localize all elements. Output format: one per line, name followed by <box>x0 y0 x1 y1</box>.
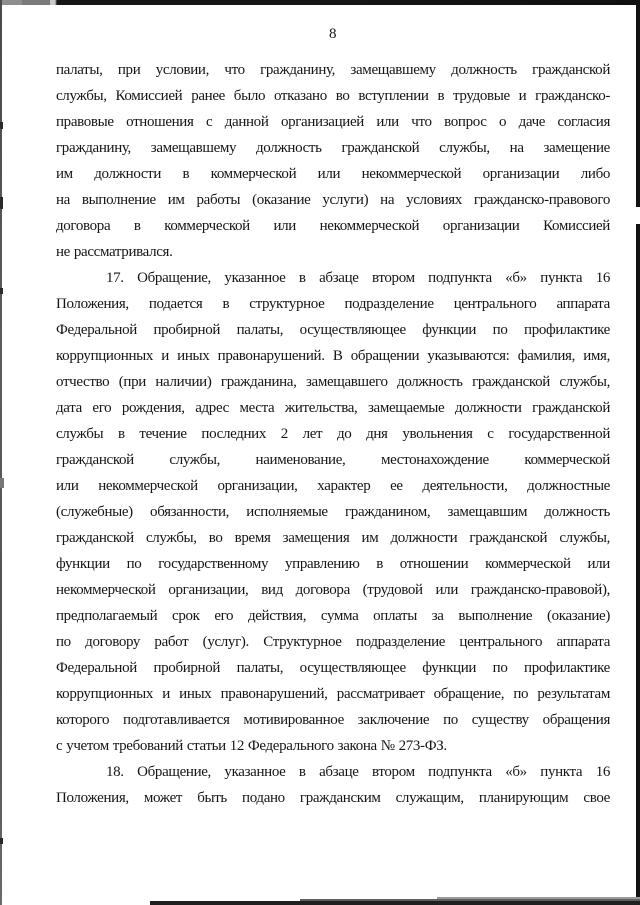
text-line: Федеральной пробирной палаты, осуществля… <box>56 655 610 681</box>
text-line: им должности в коммерческой или некоммер… <box>56 161 610 187</box>
text-line: (служебные) обязанности, исполняемые гра… <box>56 499 610 525</box>
document-text: палаты, при условии, что гражданину, зам… <box>56 57 610 811</box>
text-line: гражданской службы, наименование, местон… <box>56 447 610 473</box>
text-line: гражданской службы, во время замещения и… <box>56 525 610 551</box>
text-line: Федеральной пробирной палаты, осуществля… <box>56 317 610 343</box>
text-line: Положения, может быть подано гражданским… <box>56 785 610 811</box>
scan-edge-left <box>0 0 2 905</box>
text-line: предполагаемый срок его действия, сумма … <box>56 603 610 629</box>
text-line: коррупционных и иных правонарушений, рас… <box>56 681 610 707</box>
text-line: некоммерческой организации, вид договора… <box>56 577 610 603</box>
text-line: по договору работ (услуг). Структурное п… <box>56 629 610 655</box>
scan-edge-bottom <box>150 901 640 905</box>
scan-speck <box>0 197 3 209</box>
text-line: палаты, при условии, что гражданину, зам… <box>56 57 610 83</box>
scanned-document-page: 8 палаты, при условии, что гражданину, з… <box>0 0 640 905</box>
text-line: правовые отношения с данной организацией… <box>56 109 610 135</box>
text-line: или некоммерческой организации, характер… <box>56 473 610 499</box>
text-line: дата его рождения, адрес места жительств… <box>56 395 610 421</box>
text-line: с учетом требований статьи 12 Федерально… <box>56 733 610 759</box>
text-line: не рассматривался. <box>56 239 610 265</box>
scan-speck <box>0 838 3 844</box>
scan-edge-right <box>636 0 640 897</box>
scan-speck <box>0 478 4 488</box>
text-line: отчество (при наличии) гражданина, замещ… <box>56 369 610 395</box>
text-line: на выполнение им работы (оказание услуги… <box>56 187 610 213</box>
text-line: коррупционных и иных правонарушений. В о… <box>56 343 610 369</box>
text-line: гражданину, замещавшему должность гражда… <box>56 135 610 161</box>
scan-speck <box>0 288 3 294</box>
text-line: 18. Обращение, указанное в абзаце втором… <box>56 759 610 785</box>
text-line: 17. Обращение, указанное в абзаце втором… <box>56 265 610 291</box>
scan-speck <box>0 122 3 129</box>
scan-edge-top <box>0 0 640 5</box>
text-line: Положения, подается в структурное подраз… <box>56 291 610 317</box>
scan-edge-bottom <box>437 897 640 899</box>
text-line: службы в течение последних 2 лет до дня … <box>56 421 610 447</box>
page-number: 8 <box>56 26 610 43</box>
text-line: договора в коммерческой или некоммерческ… <box>56 213 610 239</box>
text-line: службы, Комиссией ранее было отказано во… <box>56 83 610 109</box>
scan-edge-bottom <box>300 899 640 901</box>
text-line: функции по государственному управлению в… <box>56 551 610 577</box>
text-line: которого подготавливается мотивированное… <box>56 707 610 733</box>
